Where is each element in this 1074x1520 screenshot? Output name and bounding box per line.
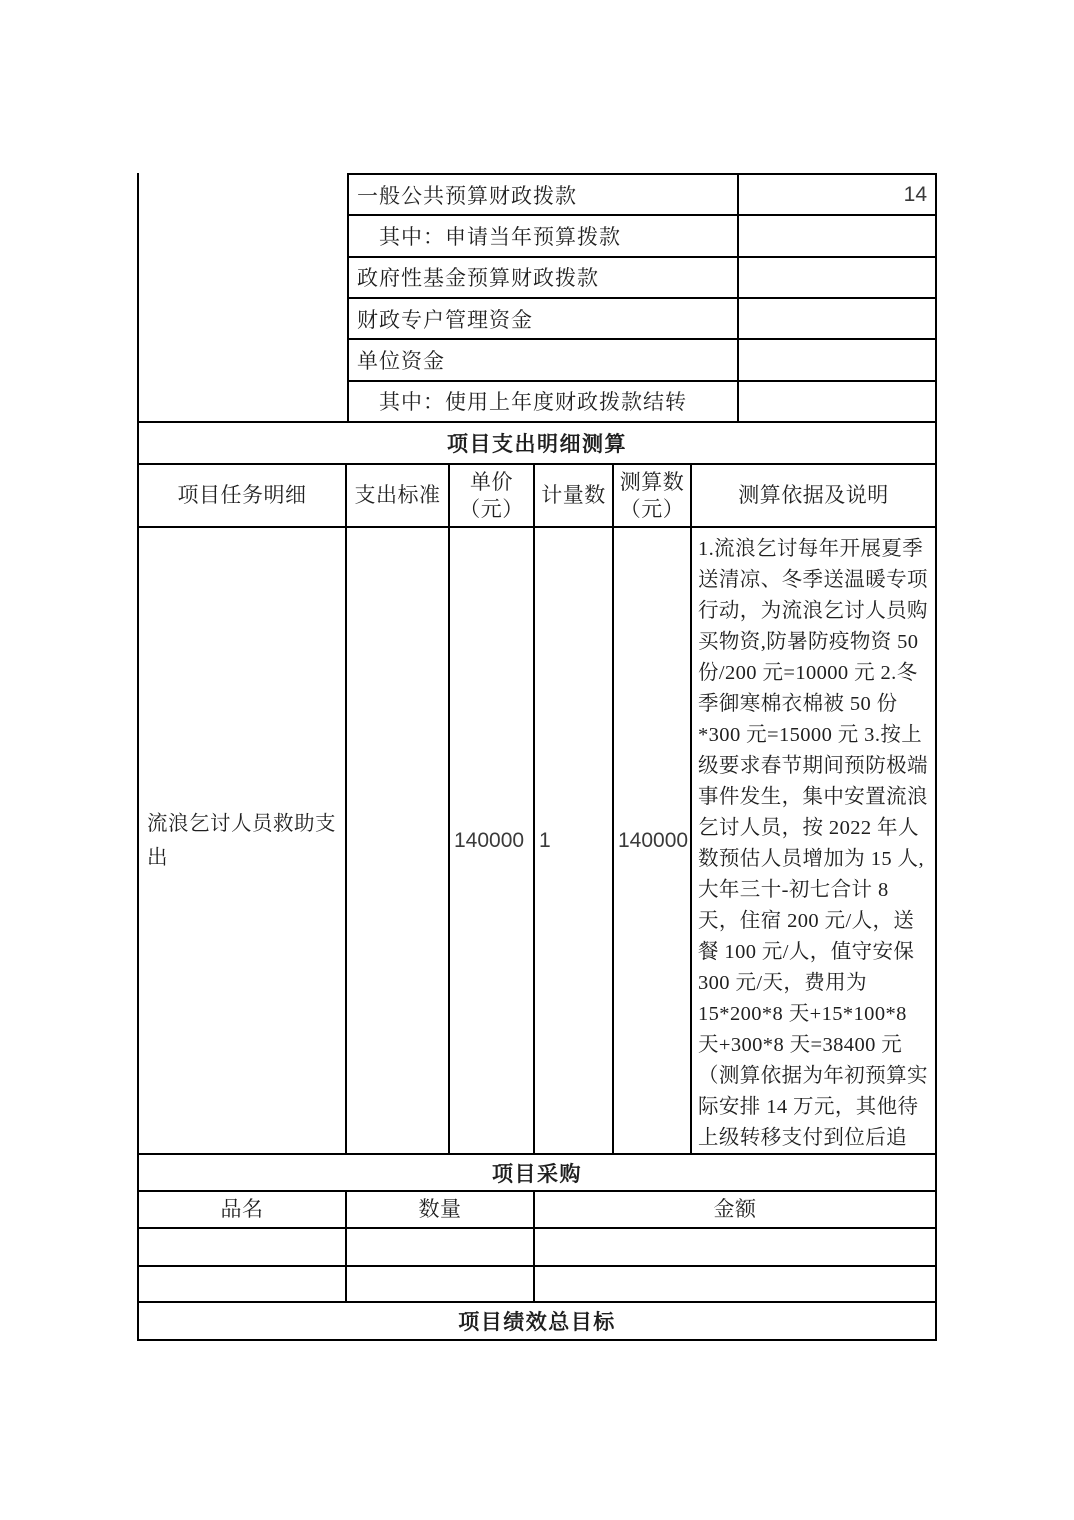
funding-merged-empty-cell xyxy=(139,173,349,421)
calculation-basis-cell: 1.流浪乞讨每年开展夏季送清凉、冬季送温暖专项行动，为流浪乞讨人员购买物资,防暑… xyxy=(692,528,935,1153)
funding-value-current-year-application xyxy=(739,216,935,255)
item-amount-cell xyxy=(535,1229,935,1265)
performance-section-title: 项目绩效总目标 xyxy=(139,1303,935,1339)
budget-table: 一般公共预算财政拨款 14 其中：申请当年预算拨款 政府性基金预算财政拨款 财政… xyxy=(137,173,937,1341)
funding-label-fiscal-special-account: 财政专户管理资金 xyxy=(349,299,739,338)
quantity-cell: 1 xyxy=(535,528,614,1153)
header-item-amount: 金额 xyxy=(535,1192,935,1227)
expenditure-header-row: 项目任务明细 支出标准 单价（元） 计量数 测算数（元） 测算依据及说明 xyxy=(139,465,935,528)
expenditure-standard-cell xyxy=(347,528,450,1153)
table-row: 财政专户管理资金 xyxy=(349,299,935,340)
procurement-row-1 xyxy=(139,1229,935,1267)
header-expenditure-standard: 支出标准 xyxy=(347,465,450,526)
calculated-amount-cell: 140000 xyxy=(614,528,692,1153)
header-quantity: 计量数 xyxy=(535,465,614,526)
funding-label-government-fund-budget: 政府性基金预算财政拨款 xyxy=(349,258,739,297)
expenditure-section-title: 项目支出明细测算 xyxy=(139,423,935,465)
header-item-quantity: 数量 xyxy=(347,1192,535,1227)
funding-section: 一般公共预算财政拨款 14 其中：申请当年预算拨款 政府性基金预算财政拨款 财政… xyxy=(139,173,935,423)
item-quantity-cell xyxy=(347,1267,535,1301)
item-amount-cell xyxy=(535,1267,935,1301)
unit-price-cell: 140000 xyxy=(450,528,535,1153)
table-row: 政府性基金预算财政拨款 xyxy=(349,258,935,299)
funding-value-unit-funds xyxy=(739,340,935,379)
item-name-cell xyxy=(139,1267,347,1301)
header-task-detail: 项目任务明细 xyxy=(139,465,347,526)
header-item-name: 品名 xyxy=(139,1192,347,1227)
procurement-section-title: 项目采购 xyxy=(139,1155,935,1192)
funding-value-general-public-budget: 14 xyxy=(739,175,935,214)
procurement-row-2 xyxy=(139,1267,935,1303)
header-calculation-basis: 测算依据及说明 xyxy=(692,465,935,526)
task-detail-cell: 流浪乞讨人员救助支出 xyxy=(139,528,347,1153)
funding-label-unit-funds: 单位资金 xyxy=(349,340,739,379)
item-quantity-cell xyxy=(347,1229,535,1265)
document-page: 一般公共预算财政拨款 14 其中：申请当年预算拨款 政府性基金预算财政拨款 财政… xyxy=(0,0,1074,1520)
table-row: 其中：申请当年预算拨款 xyxy=(349,216,935,257)
expenditure-data-row: 流浪乞讨人员救助支出 140000 1 140000 1.流浪乞讨每年开展夏季送… xyxy=(139,528,935,1155)
funding-label-general-public-budget: 一般公共预算财政拨款 xyxy=(349,175,739,214)
funding-value-government-fund-budget xyxy=(739,258,935,297)
funding-rows: 一般公共预算财政拨款 14 其中：申请当年预算拨款 政府性基金预算财政拨款 财政… xyxy=(349,173,935,421)
funding-value-prior-year-carryover xyxy=(739,382,935,421)
procurement-header-row: 品名 数量 金额 xyxy=(139,1192,935,1229)
header-calculated-amount: 测算数（元） xyxy=(614,465,692,526)
table-row: 其中：使用上年度财政拨款结转 xyxy=(349,382,935,421)
header-unit-price: 单价（元） xyxy=(450,465,535,526)
funding-value-fiscal-special-account xyxy=(739,299,935,338)
table-row: 一般公共预算财政拨款 14 xyxy=(349,175,935,216)
item-name-cell xyxy=(139,1229,347,1265)
funding-label-prior-year-carryover: 其中：使用上年度财政拨款结转 xyxy=(349,382,739,421)
table-row: 单位资金 xyxy=(349,340,935,381)
funding-label-current-year-application: 其中：申请当年预算拨款 xyxy=(349,216,739,255)
